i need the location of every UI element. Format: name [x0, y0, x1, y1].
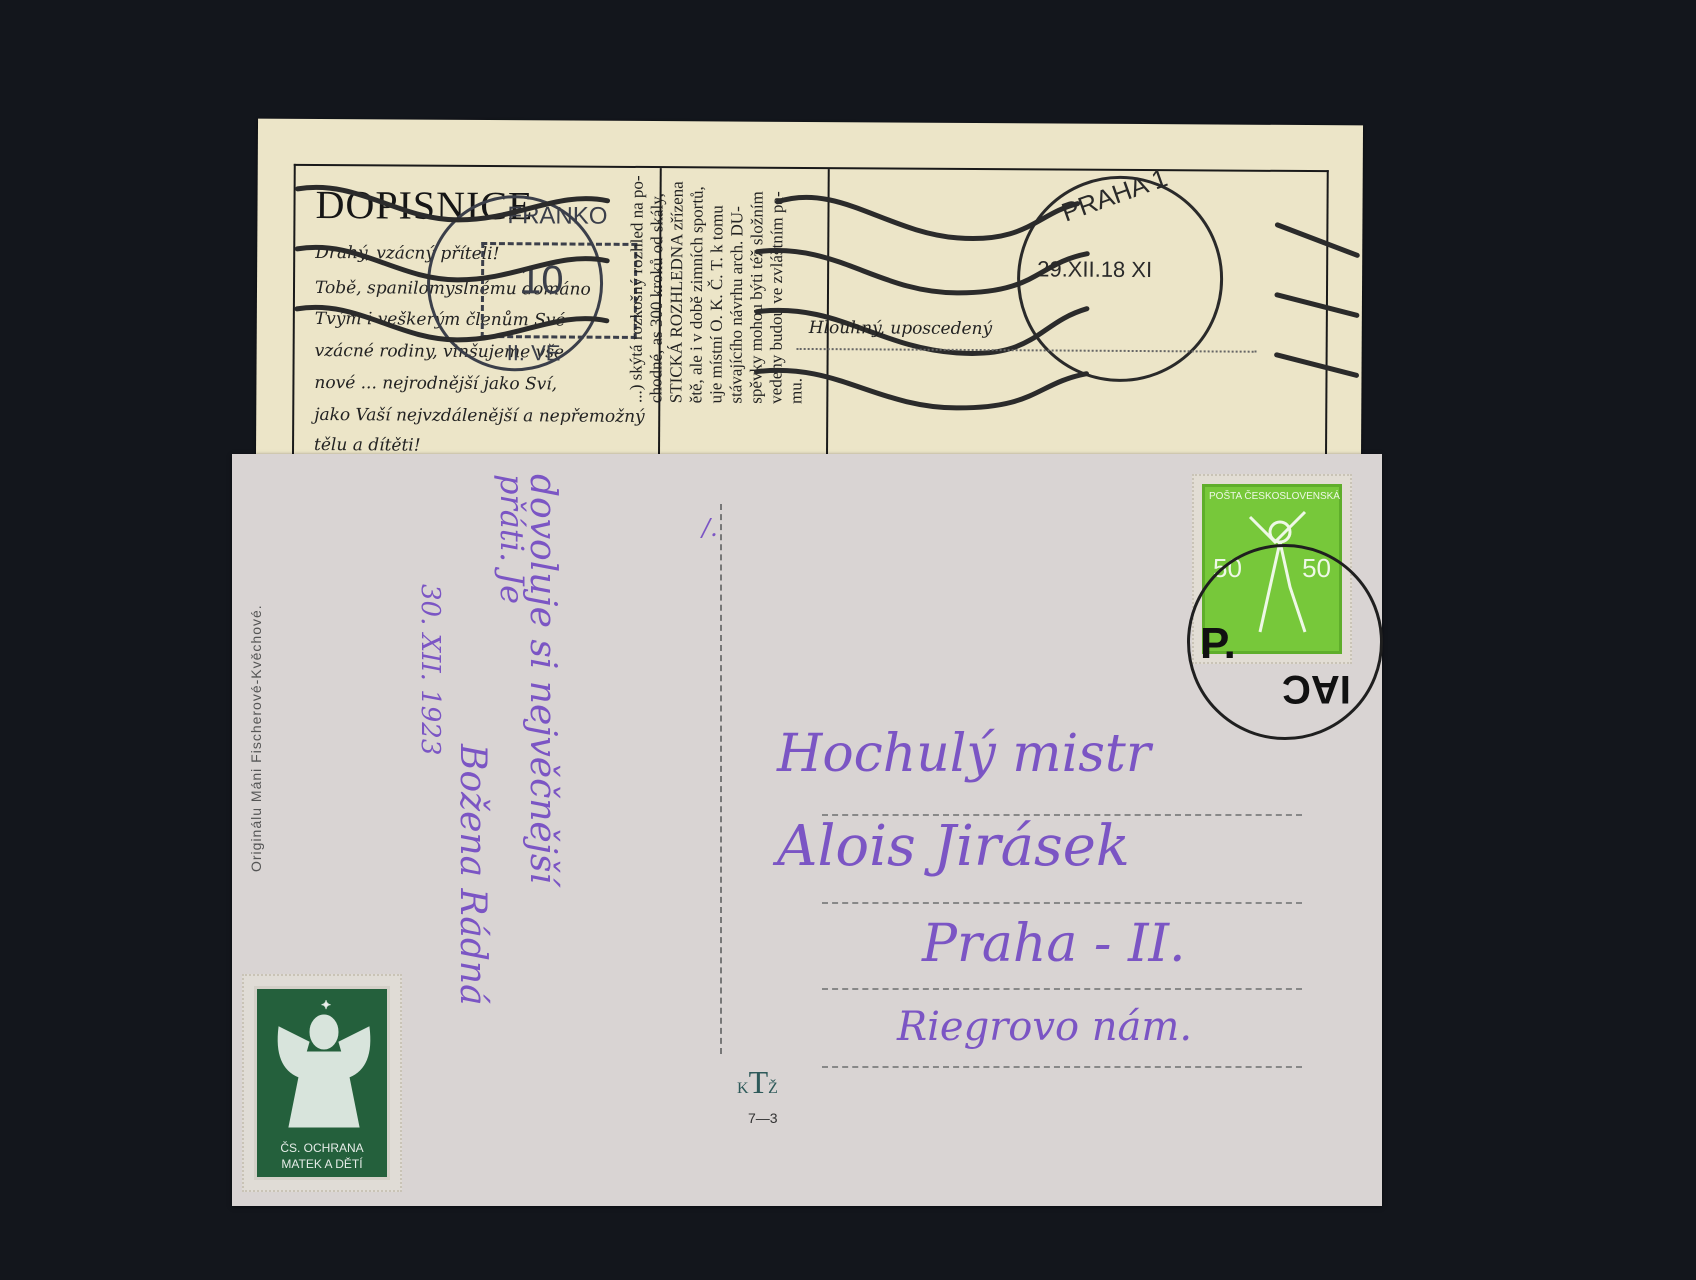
address-line: Hlouhný, uposcedený	[809, 318, 992, 339]
address-line-rule	[822, 902, 1302, 904]
logo-right: Ž	[768, 1080, 778, 1097]
artist-imprint: Originálu Máni Fischerové-Kvěchové.	[246, 604, 266, 872]
address-line-rule	[822, 988, 1302, 990]
card-number: 7—3	[748, 1110, 778, 1126]
publisher-logo: KTŽ	[737, 1064, 778, 1101]
center-divider	[720, 504, 722, 1054]
label-line-2: MATEK A DĚTÍ	[257, 1157, 387, 1171]
message-mark: /.	[702, 514, 718, 542]
message-line: přáti. Je	[502, 474, 522, 604]
postmark-date: 29.XII.18 XI	[1037, 256, 1152, 283]
address-line-rule	[822, 1066, 1302, 1068]
message-signature: Božena Rádná	[462, 744, 482, 1006]
charity-label-stamp: ✦ ČS. OCHRANA MATEK A DĚTÍ	[242, 974, 402, 1192]
svg-text:✦: ✦	[321, 998, 331, 1012]
message-date: 30. XII. 1923	[420, 584, 440, 755]
cancel-text: IAC	[1282, 666, 1351, 711]
address-line-2: Alois Jirásek	[777, 814, 1130, 879]
address-line-3: Praha - II.	[922, 914, 1186, 974]
cancel-letter: P.	[1200, 619, 1236, 669]
front-postcard: Originálu Máni Fischerové-Kvěchové. /. 3…	[232, 454, 1382, 1206]
address-line-1: Hochulý mistr	[777, 724, 1151, 784]
logo-mid: T	[749, 1064, 769, 1100]
angel-icon: ✦	[269, 997, 379, 1137]
label-line-1: ČS. OCHRANA	[257, 1141, 387, 1155]
stamp-text: POŠTA ČESKOSLOVENSKÁ	[1209, 491, 1340, 502]
back-postcard-dopisnice: DOPISNICE Drahý, vzácný příteli! Tobě, s…	[256, 119, 1363, 466]
logo-left: K	[737, 1080, 749, 1097]
address-line-4: Riegrovo nám.	[897, 1004, 1192, 1050]
